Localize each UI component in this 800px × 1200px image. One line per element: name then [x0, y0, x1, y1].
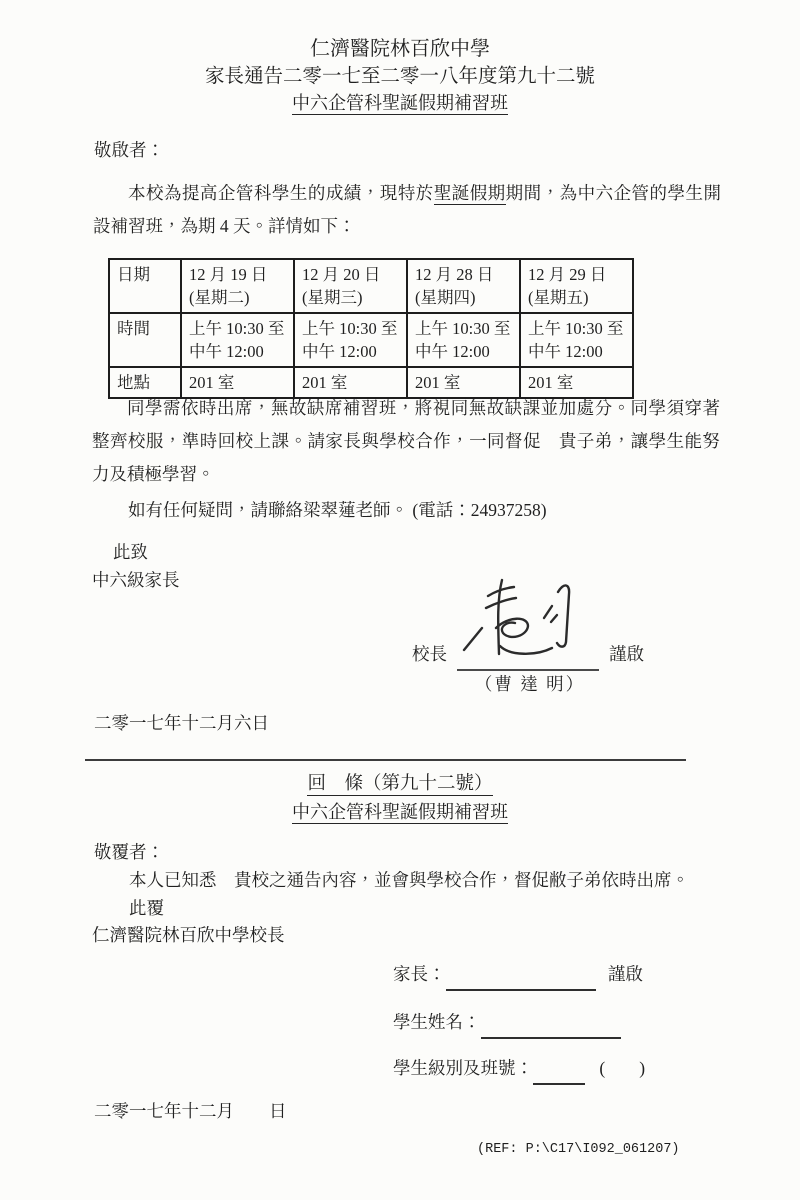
parent-respectfully-label: 謹啟 [608, 964, 643, 984]
class-blank [533, 1065, 585, 1085]
school-name: 仁濟醫院林百欣中學 [0, 36, 800, 63]
paren-close: ) [639, 1058, 645, 1078]
time-cell: 上午 10:30 至 中午 12:00 [294, 313, 407, 367]
time-from: 上午 10:30 至 [189, 317, 286, 340]
date-value: 12 月 19 日 [189, 263, 286, 286]
date-cell: 12 月 29 日 (星期五) [520, 259, 633, 313]
time-to: 中午 12:00 [528, 340, 625, 363]
intro-text-pre: 本校為提高企管科學生的成績，現特於 [128, 183, 434, 203]
parent-field: 家長： 謹啟 [393, 958, 643, 991]
student-name-blank [481, 1019, 621, 1039]
time-from: 上午 10:30 至 [302, 317, 399, 340]
parent-signature-blank [446, 971, 596, 991]
date-value: 12 月 28 日 [415, 263, 512, 286]
paren-open: ( [599, 1058, 605, 1078]
date-value: 12 月 29 日 [528, 263, 625, 286]
parent-label: 家長： [393, 964, 446, 984]
weekday-value: (星期五) [528, 286, 625, 309]
reply-body: 本人已知悉 貴校之通告內容，並會與學校合作，督促敝子弟依時出席。 [94, 864, 724, 897]
time-to: 中午 12:00 [302, 340, 399, 363]
notice-date: 二零一七年十二月六日 [94, 707, 269, 740]
weekday-value: (星期二) [189, 286, 286, 309]
salutation: 敬啟者： [94, 134, 164, 167]
attendance-paragraph: 同學需依時出席，無故缺席補習班，將視同無故缺課並加處分。同學須穿著整齊校服，準時… [92, 392, 720, 491]
principal-label: 校長 [412, 638, 447, 671]
scanned-notice-page: 仁濟醫院林百欣中學 家長通告二零一七至二零一八年度第九十二號 中六企管科聖誕假期… [0, 0, 800, 1200]
tear-divider [85, 759, 686, 761]
class-field: 學生級別及班號： () [393, 1052, 645, 1085]
time-cell: 上午 10:30 至 中午 12:00 [407, 313, 520, 367]
time-to: 中午 12:00 [415, 340, 512, 363]
reply-slip-title: 回 條（第九十二號） [307, 774, 492, 796]
row-label-time: 時間 [109, 313, 181, 367]
time-cell: 上午 10:30 至 中午 12:00 [181, 313, 294, 367]
addressee: 中六級家長 [92, 564, 180, 597]
date-value: 12 月 20 日 [302, 263, 399, 286]
table-row-date: 日期 12 月 19 日 (星期二) 12 月 20 日 (星期三) 12 月 … [109, 259, 633, 313]
reply-slip-subtitle: 中六企管科聖誕假期補習班 [292, 802, 508, 824]
student-name-field: 學生姓名： [393, 1006, 621, 1039]
class-label: 學生級別及班號： [393, 1058, 533, 1078]
time-cell: 上午 10:30 至 中午 12:00 [520, 313, 633, 367]
ref-number: (REF: P:\C17\I092_061207) [477, 1133, 680, 1166]
row-label-date: 日期 [109, 259, 181, 313]
reply-addressee: 仁濟醫院林百欣中學校長 [92, 919, 285, 952]
intro-text-underlined: 聖誕假期 [434, 183, 506, 205]
reply-slip-header: 回 條（第九十二號） 中六企管科聖誕假期補習班 [0, 771, 800, 827]
date-cell: 12 月 19 日 (星期二) [181, 259, 294, 313]
weekday-value: (星期四) [415, 286, 512, 309]
date-cell: 12 月 28 日 (星期四) [407, 259, 520, 313]
contact-line: 如有任何疑問，請聯絡梁翠蓮老師。 (電話：24937258) [93, 494, 721, 527]
student-name-label: 學生姓名： [393, 1012, 481, 1032]
time-from: 上午 10:30 至 [415, 317, 512, 340]
principal-name: （曹 達 明） [450, 668, 610, 701]
notice-title: 中六企管科聖誕假期補習班 [292, 93, 508, 115]
intro-paragraph: 本校為提高企管科學生的成績，現特於聖誕假期期間，為中六企管的學生開設補習班，為期… [93, 177, 721, 243]
reply-date: 二零一七年十二月 日 [94, 1095, 287, 1128]
weekday-value: (星期三) [302, 286, 399, 309]
table-row-time: 時間 上午 10:30 至 中午 12:00 上午 10:30 至 中午 12:… [109, 313, 633, 367]
notice-number: 家長通告二零一七至二零一八年度第九十二號 [0, 63, 800, 90]
time-from: 上午 10:30 至 [528, 317, 625, 340]
letter-header: 仁濟醫院林百欣中學 家長通告二零一七至二零一八年度第九十二號 中六企管科聖誕假期… [0, 36, 800, 117]
schedule-table: 日期 12 月 19 日 (星期二) 12 月 20 日 (星期三) 12 月 … [108, 258, 634, 399]
signature-row: 校長 謹啟 [412, 638, 644, 671]
respectfully-label: 謹啟 [609, 638, 644, 671]
time-to: 中午 12:00 [189, 340, 286, 363]
date-cell: 12 月 20 日 (星期三) [294, 259, 407, 313]
